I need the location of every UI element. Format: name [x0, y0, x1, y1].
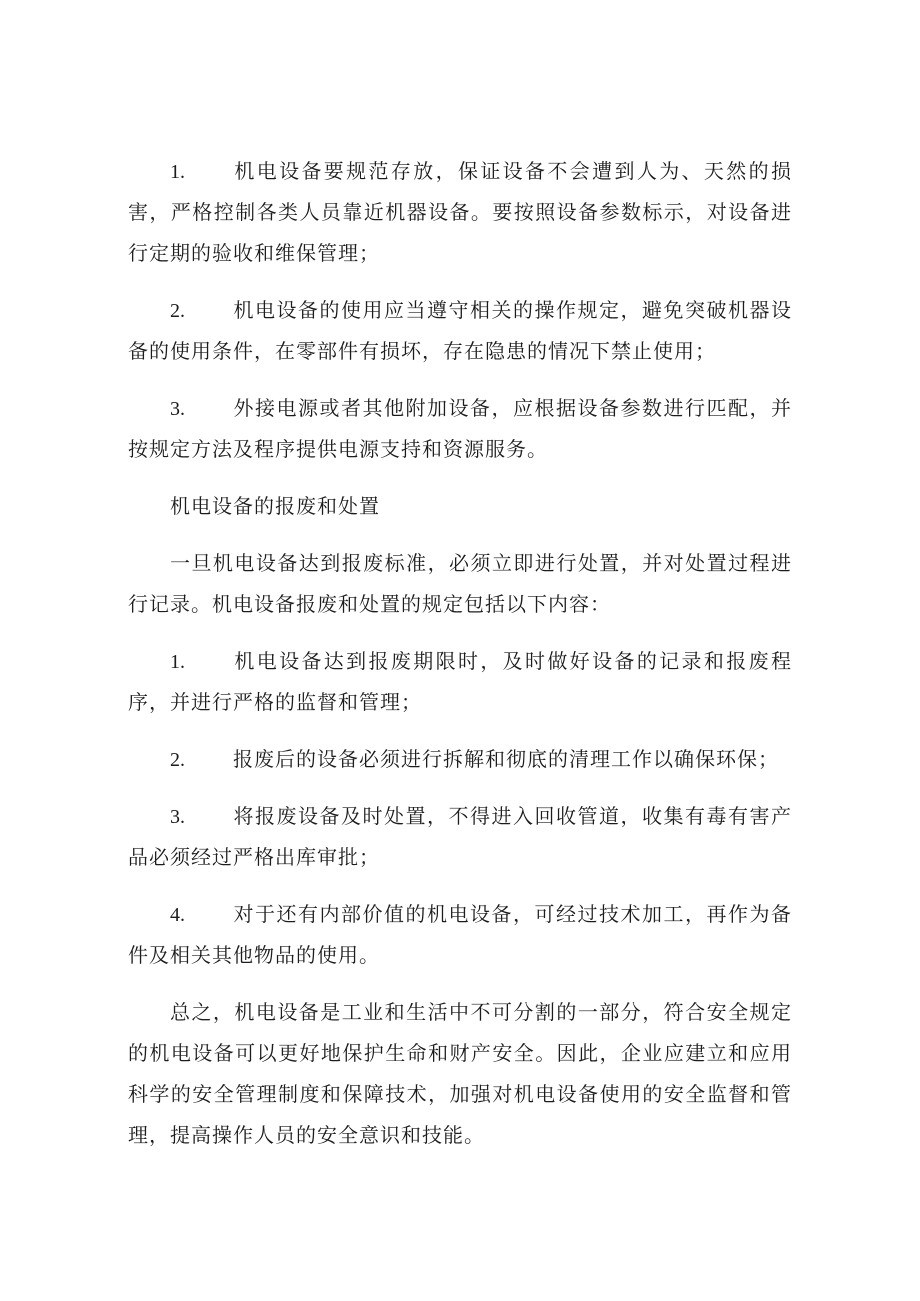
list-number-tab: [185, 414, 233, 415]
list-item-text: 将报废设备及时处置，不得进入回收管道，收集有毒有害产品必须经过严格出库审批；: [128, 806, 792, 869]
list-item: 3.外接电源或者其他附加设备，应根据设备参数进行匹配，并按规定方法及程序提供电源…: [128, 389, 792, 471]
list-number: 1.: [170, 651, 185, 673]
list-number-tab: [185, 667, 233, 668]
paragraph: 一旦机电设备达到报废标准，必须立即进行处置，并对处置过程进行记录。机电设备报废和…: [128, 544, 792, 626]
list-item-text: 对于还有内部价值的机电设备，可经过技术加工，再作为备件及相关其他物品的使用。: [128, 904, 792, 967]
list-number: 4.: [170, 904, 185, 926]
list-item-text: 机电设备达到报废期限时，及时做好设备的记录和报废程序，并进行严格的监督和管理；: [128, 651, 792, 714]
list-number-tab: [185, 316, 233, 317]
list-number-tab: [185, 177, 233, 178]
paragraph: 总之，机电设备是工业和生活中不可分割的一部分，符合安全规定的机电设备可以更好地保…: [128, 993, 792, 1157]
list-number: 1.: [170, 161, 185, 183]
section-heading: 机电设备的报废和处置: [128, 487, 792, 528]
list-item-text: 报废后的设备必须进行拆解和彻底的清理工作以确保环保；: [233, 749, 779, 771]
list-number: 2.: [170, 749, 185, 771]
list-item: 4.对于还有内部价值的机电设备，可经过技术加工，再作为备件及相关其他物品的使用。: [128, 895, 792, 977]
document-page: 1.机电设备要规范存放，保证设备不会遭到人为、天然的损害，严格控制各类人员靠近机…: [0, 0, 920, 1301]
list-item-text: 机电设备的使用应当遵守相关的操作规定，避免突破机器设备的使用条件，在零部件有损坏…: [128, 300, 792, 363]
list-number: 2.: [170, 300, 185, 322]
list-number-tab: [185, 765, 233, 766]
list-item: 1.机电设备达到报废期限时，及时做好设备的记录和报废程序，并进行严格的监督和管理…: [128, 642, 792, 724]
list-number: 3.: [170, 398, 185, 420]
list-number: 3.: [170, 806, 185, 828]
list-item: 2.报废后的设备必须进行拆解和彻底的清理工作以确保环保；: [128, 740, 792, 781]
list-item: 3.将报废设备及时处置，不得进入回收管道，收集有毒有害产品必须经过严格出库审批；: [128, 797, 792, 879]
document-body: 1.机电设备要规范存放，保证设备不会遭到人为、天然的损害，严格控制各类人员靠近机…: [128, 152, 792, 1157]
list-number-tab: [185, 920, 233, 921]
list-item: 2.机电设备的使用应当遵守相关的操作规定，避免突破机器设备的使用条件，在零部件有…: [128, 291, 792, 373]
list-number-tab: [185, 822, 233, 823]
list-item-text: 外接电源或者其他附加设备，应根据设备参数进行匹配，并按规定方法及程序提供电源支持…: [128, 398, 792, 461]
list-item: 1.机电设备要规范存放，保证设备不会遭到人为、天然的损害，严格控制各类人员靠近机…: [128, 152, 792, 275]
